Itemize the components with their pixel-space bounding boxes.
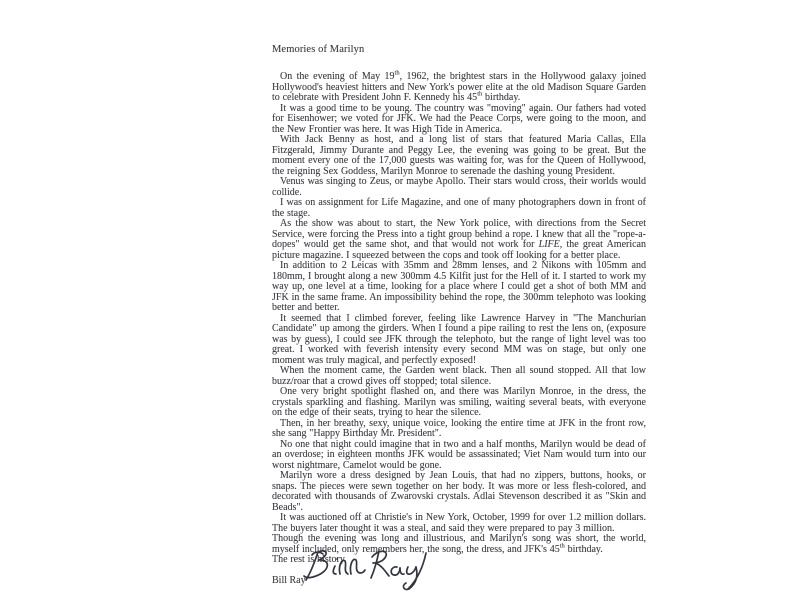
paragraph: Venus was singing to Zeus, or maybe Apol…	[272, 177, 646, 198]
paragraph: Marilyn wore a dress designed by Jean Lo…	[272, 471, 646, 513]
paragraph: When the moment came, the Garden went bl…	[272, 366, 646, 387]
paragraph: No one that night could imagine that in …	[272, 440, 646, 472]
document-page: Memories of Marilyn On the evening of Ma…	[0, 0, 800, 600]
signature-typed-name: Bill Ray	[272, 575, 306, 586]
paragraph: On the evening of May 19th, 1962, the br…	[272, 72, 646, 104]
paragraph: I was on assignment for Life Magazine, a…	[272, 198, 646, 219]
text-block: Memories of Marilyn On the evening of Ma…	[272, 44, 646, 566]
handwritten-signature	[293, 545, 433, 593]
paragraph: It seemed that I climbed forever, feelin…	[272, 314, 646, 367]
paragraph: In addition to 2 Leicas with 35mm and 28…	[272, 261, 646, 314]
document-title: Memories of Marilyn	[272, 44, 646, 55]
paragraph: It was a good time to be young. The coun…	[272, 104, 646, 136]
paragraph: As the show was about to start, the New …	[272, 219, 646, 261]
paragraph: It was auctioned off at Christie's in Ne…	[272, 513, 646, 534]
paragraph: With Jack Benny as host, and a long list…	[272, 135, 646, 177]
paragraph: Then, in her breathy, sexy, unique voice…	[272, 419, 646, 440]
paragraph-list: On the evening of May 19th, 1962, the br…	[272, 72, 646, 566]
paragraph: One very bright spotlight flashed on, an…	[272, 387, 646, 419]
